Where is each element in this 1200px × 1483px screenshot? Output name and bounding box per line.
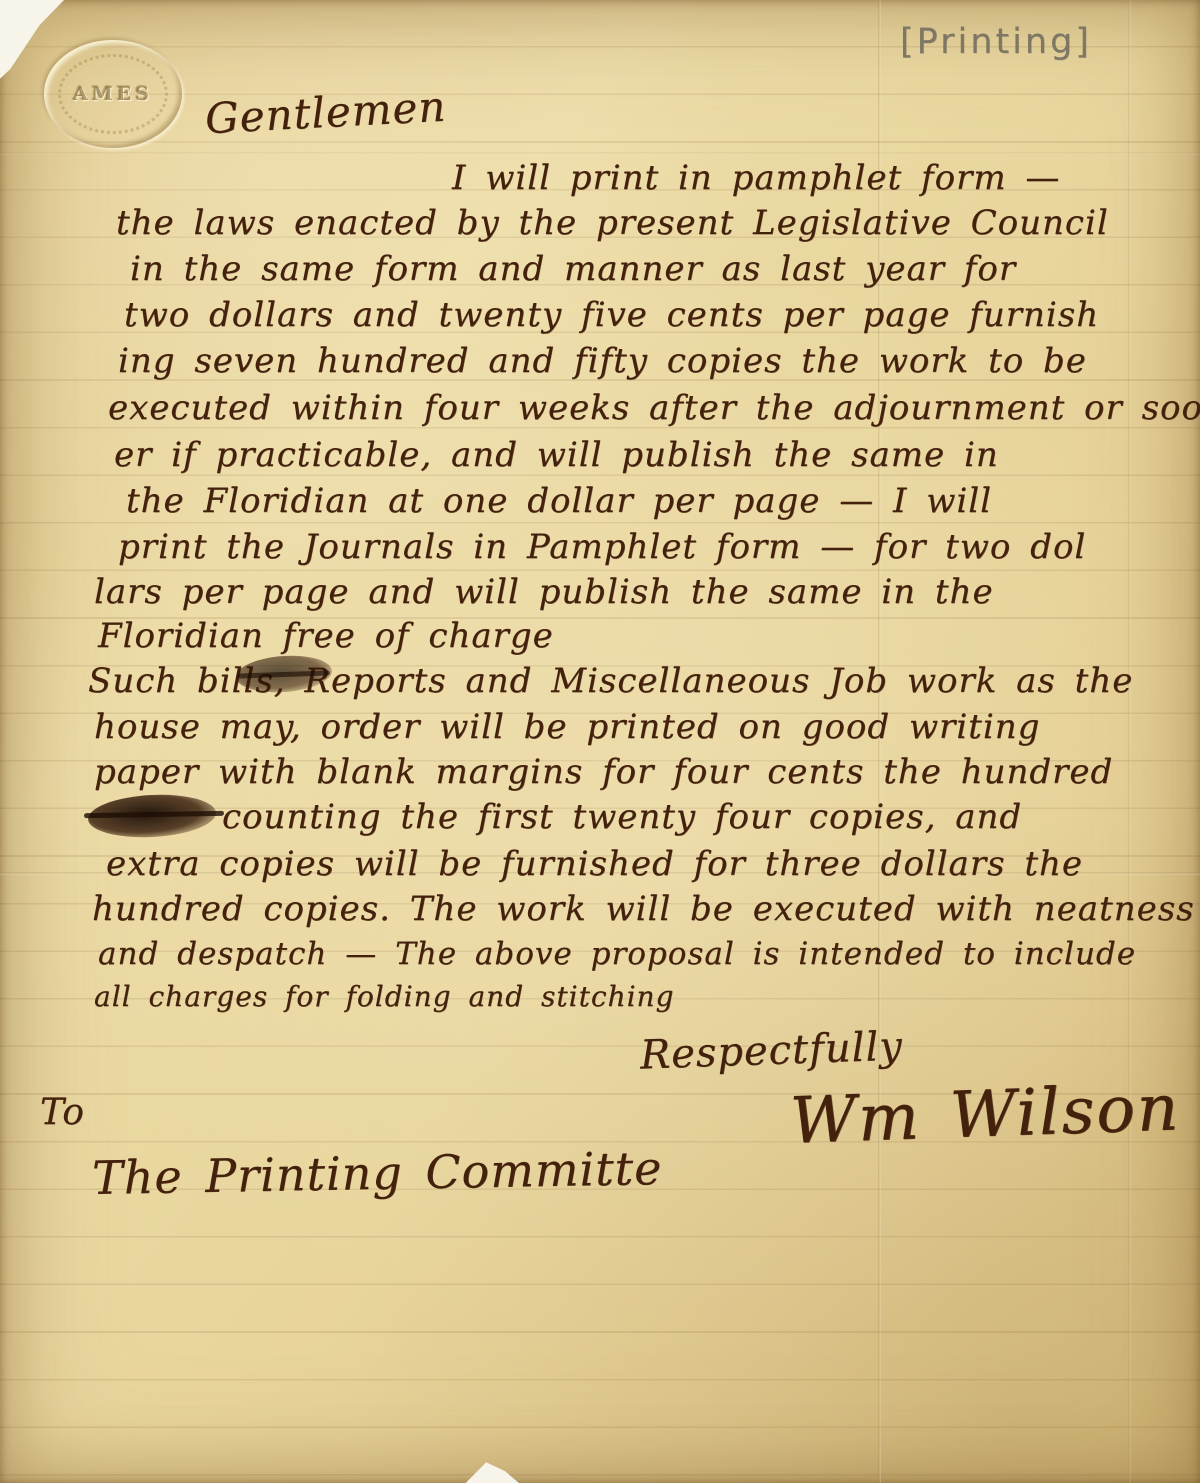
pencil-annotation: [Printing] [900,22,1092,62]
letter-line: counting the first twenty four copies, a… [222,797,1022,837]
letter-line: hundred copies. The work will be execute… [92,889,1195,929]
letter-line: and despatch — The above proposal is int… [98,936,1136,972]
fold-crease-vertical-right [1128,0,1131,1483]
addressee: The Printing Committe [92,1141,663,1205]
addressee-prefix: To [40,1092,85,1133]
letter-line: house may, order will be printed on good… [94,707,1040,747]
signature: Wm Wilson [789,1071,1181,1159]
salutation: Gentlemen [204,82,448,144]
letter-line: in the same form and manner as last year… [130,249,1016,289]
stamp-wreath-ring [58,54,168,134]
letter-line: print the Journals in Pamphlet form — fo… [118,527,1086,567]
letter-page: AMES [Printing] Gentlemen I will print i… [0,0,1200,1483]
letter-line: two dollars and twenty five cents per pa… [124,295,1099,335]
letter-line: er if practicable, and will publish the … [114,435,999,475]
letter-line: paper with blank margins for four cents … [94,752,1113,792]
letter-line: ing seven hundred and fifty copies the w… [118,341,1087,381]
letter-line: lars per page and will publish the same … [94,572,994,612]
letter-line: executed within four weeks after the adj… [108,388,1200,428]
closing: Respectfully [639,1023,903,1078]
embossed-stamp: AMES [44,40,182,148]
paper-tear [452,1457,528,1483]
letter-line: all charges for folding and stitching [94,980,674,1013]
fold-crease-horizontal-top [0,152,1200,155]
letter-line: the Floridian at one dollar per page — I… [126,481,992,521]
letter-line: extra copies will be furnished for three… [106,844,1083,884]
letter-line: the laws enacted by the present Legislat… [116,203,1109,243]
letter-line: I will print in pamphlet form — [452,158,1060,198]
letter-line: Floridian free of charge [98,616,554,656]
